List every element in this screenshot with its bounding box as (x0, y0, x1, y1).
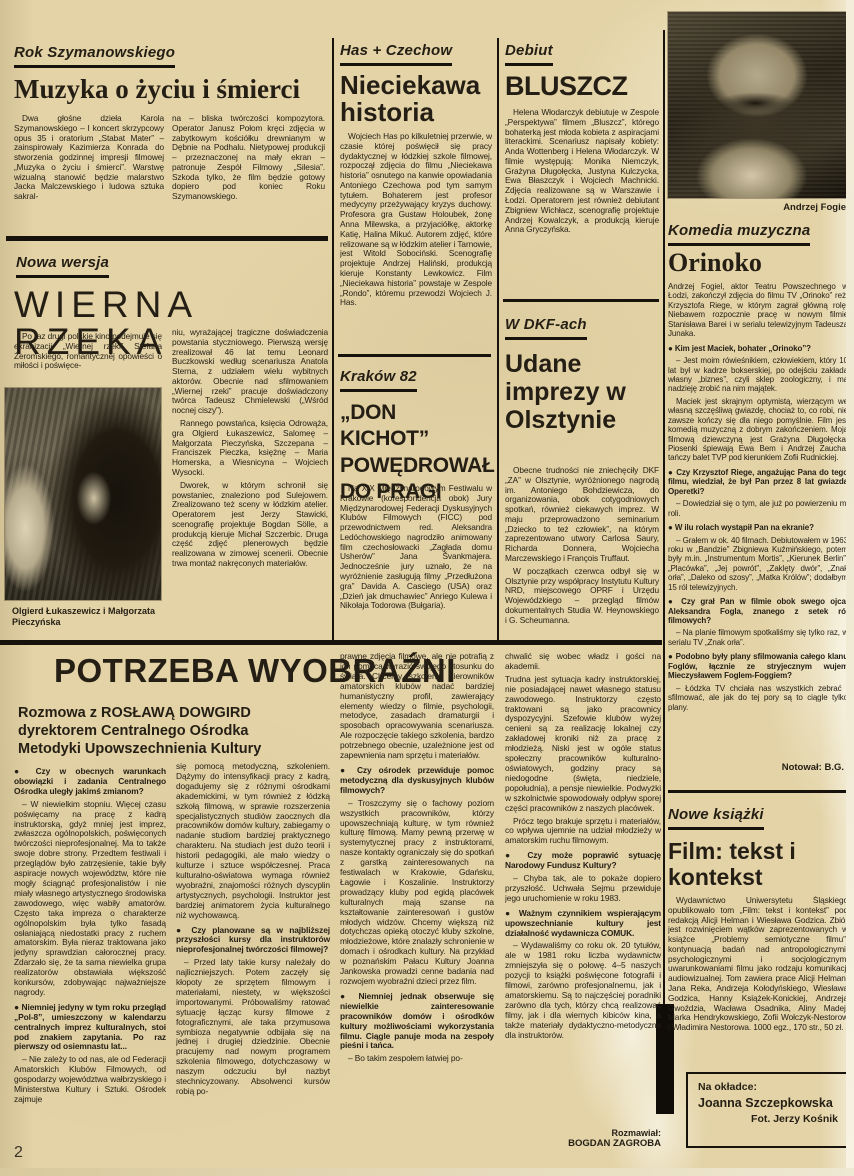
article-wierna-col2: niu, wyrażającej tragiczne doświadczenia… (172, 328, 328, 644)
article-orinoko-body: Andrzej Fogiel, aktor Teatru Powszechneg… (668, 282, 848, 758)
cover-credit-box: Na okładce: Joanna Szczepkowska Fot. Jer… (686, 1072, 850, 1148)
interview-col2: się pomocą metodyczną, szkoleniem. Dążym… (176, 762, 330, 1158)
article-muzyka-col2: na – bliska twórczości kompozytora. Oper… (172, 114, 325, 232)
article-muzyka-col1: Dwa głośne dzieła Karola Szymanowskiego … (14, 114, 164, 232)
headline-orinoko: Orinoko (668, 250, 846, 277)
headline-film-tekst-i-kontekst: Film: tekst i kontekst (668, 838, 838, 891)
page-number: 2 (14, 1144, 23, 1162)
kicker-rok-szymanowskiego: Rok Szymanowskiego (14, 44, 175, 68)
page-edge-bottom (0, 1168, 854, 1176)
newspaper-page: Rok Szymanowskiego Muzyka o życiu i śmie… (0, 0, 854, 1176)
kicker-krakow-82: Kraków 82 (340, 368, 417, 392)
section-divider (6, 236, 328, 241)
page-edge (846, 0, 854, 1176)
interview-col3: prawne zdjęcia filmowe, ale nie potrafią… (340, 652, 494, 1166)
column-divider (663, 30, 665, 1092)
interview-signoff-name: BOGDAN ZAGROBA (505, 1138, 661, 1149)
article-olsztyn-body: Obecne trudności nie zniechęciły DKF „ZA… (505, 466, 659, 642)
article-ksiazki-body: Wydawnictwo Uniwersytetu Śląskiego opubl… (668, 896, 848, 1068)
interview-col1: ● Czy w obecnych warunkach obowiązki i z… (14, 762, 166, 1158)
cover-credit-name: Joanna Szczepkowska (698, 1096, 838, 1110)
cover-credit-photographer: Fot. Jerzy Kośnik (698, 1113, 838, 1125)
headline-udane-imprezy: Udane imprezy w Olsztynie (505, 350, 641, 434)
kicker-komedia-muzyczna: Komedia muzyczna (668, 222, 810, 246)
section-divider (668, 790, 846, 793)
orinoko-signoff: Notował: B.G. (668, 762, 844, 773)
kicker-nowe-ksiazki: Nowe książki (668, 806, 764, 830)
section-divider (338, 354, 491, 357)
section-divider (503, 299, 659, 302)
cover-credit-label: Na okładce: (698, 1081, 838, 1093)
headline-nieciekawa-historia: Nieciekawa historia (340, 72, 492, 127)
portrait-photo-andrzej-fogiel (668, 12, 846, 198)
kicker-debiut: Debiut (505, 42, 553, 66)
kicker-w-dkf-ach: W DKF-ach (505, 316, 587, 340)
kicker-has-czechow: Has + Czechow (340, 42, 452, 66)
article-don-kichot-body: Na XIX Międzynarodowym Festiwalu w Krako… (340, 484, 492, 636)
interview-signoff-label: Rozmawiał: (505, 1128, 661, 1138)
article-wierna-intro: Po raz drugi polskie kino podejmuje się … (14, 332, 162, 386)
headline-bluszcz: BLUSZCZ (505, 72, 659, 100)
headline-muzyka-o-zyciu-i-smierci: Muzyka o życiu i śmierci (14, 76, 328, 104)
photo-wierna-rzeka-still (5, 388, 161, 600)
column-divider (497, 38, 499, 641)
article-nieciekawa-body: Wojciech Has po kilkuletniej przerwie, w… (340, 132, 492, 348)
interview-col4: chwalić się wobec władz i gości na akade… (505, 652, 661, 1126)
photo-caption-fogiel: Andrzej Fogie (668, 202, 846, 214)
interview-subhead: Rozmowa z ROSŁAWĄ DOWGIRD dyrektorem Cen… (18, 704, 270, 758)
interview-signoff: Rozmawiał: BOGDAN ZAGROBA (505, 1128, 661, 1149)
article-bluszcz-body: Helena Włodarczyk debiutuje w Zespole „P… (505, 108, 659, 296)
photo-caption-wierna: Olgierd Łukaszewicz i Małgorzata Pieczyń… (12, 606, 162, 629)
kicker-nowa-wersja: Nowa wersja (16, 254, 109, 278)
